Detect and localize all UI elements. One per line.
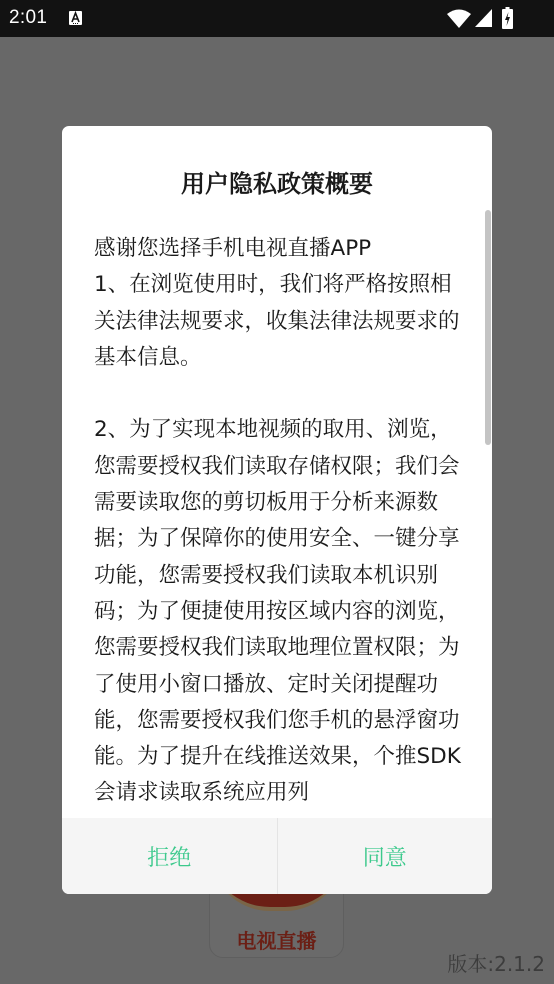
version-label: 版本:2.1.2 <box>447 948 545 977</box>
battery-charging-icon <box>502 7 513 29</box>
a-notification-icon <box>69 11 82 25</box>
status-bar: 2:01 <box>0 0 554 37</box>
privacy-dialog: 用户隐私政策概要 感谢您选择手机电视直播APP 1、在浏览使用时，我们将严格按照… <box>62 126 492 894</box>
wifi-icon <box>447 9 471 28</box>
signal-icon <box>475 9 492 27</box>
reject-button[interactable]: 拒绝 <box>62 818 277 894</box>
app-logo-text: 电视直播 <box>210 925 343 954</box>
dialog-title: 用户隐私政策概要 <box>62 164 492 199</box>
dialog-button-bar: 拒绝 同意 <box>62 818 492 894</box>
scrollbar-thumb[interactable] <box>485 210 491 445</box>
dialog-scroll-area[interactable]: 感谢您选择手机电视直播APP 1、在浏览使用时，我们将严格按照相关法律法规要求，… <box>62 221 492 818</box>
dialog-body-text: 感谢您选择手机电视直播APP 1、在浏览使用时，我们将严格按照相关法律法规要求，… <box>94 231 466 812</box>
agree-button[interactable]: 同意 <box>278 818 493 894</box>
status-time: 2:01 <box>9 7 47 29</box>
